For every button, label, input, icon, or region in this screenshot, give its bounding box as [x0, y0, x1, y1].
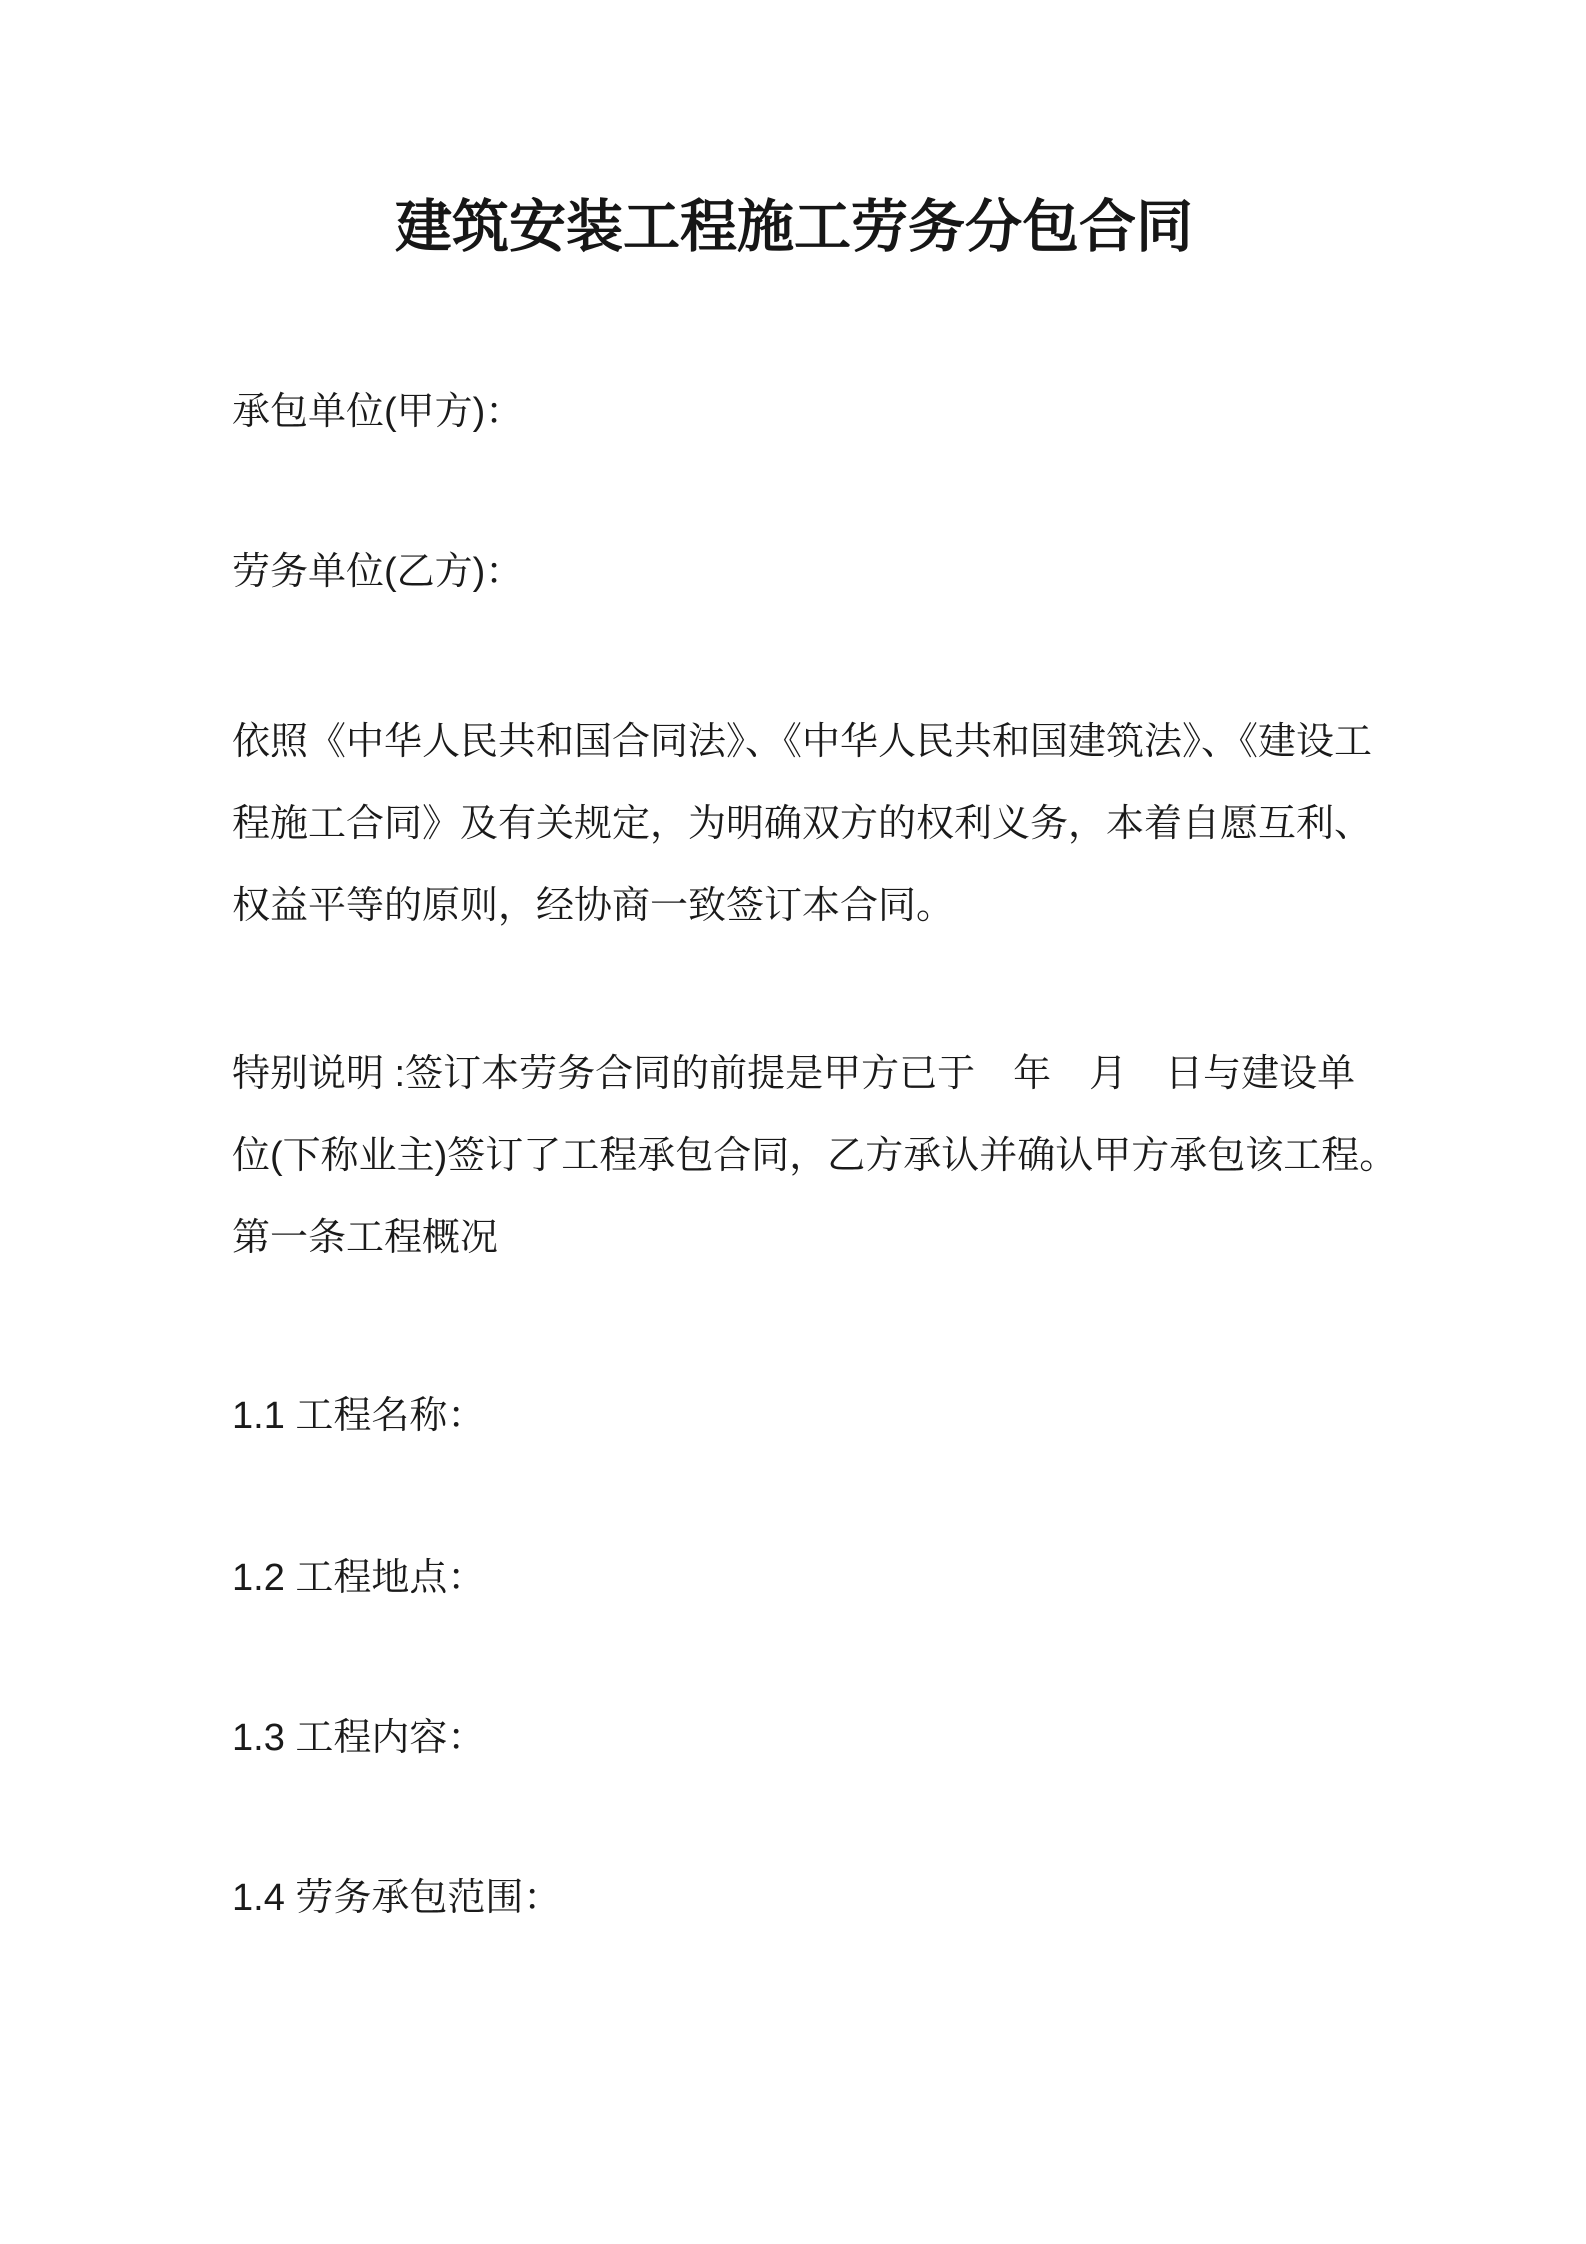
article-1-heading: 第一条工程概况 [232, 1197, 1356, 1279]
document-page: 建筑安装工程施工劳务分包合同 承包单位(甲方)： 劳务单位(乙方)： 依照《中华… [0, 0, 1586, 2244]
party-b-line: 劳务单位(乙方)： [232, 531, 1356, 613]
special-note-paragraph: 特别说明 :签订本劳务合同的前提是甲方已于 年 月 日与建设单 位(下称业主)签… [232, 1033, 1356, 1279]
party-a-line: 承包单位(甲方)： [232, 371, 1356, 453]
item-1-1-project-name: 1.1 工程名称： [232, 1375, 1356, 1457]
preamble-line-2: 程施工合同》及有关规定，为明确双方的权利义务，本着自愿互利、 [232, 783, 1356, 865]
document-content: 建筑安装工程施工劳务分包合同 承包单位(甲方)： 劳务单位(乙方)： 依照《中华… [0, 0, 1586, 1939]
preamble-line-3: 权益平等的原则，经协商一致签订本合同。 [232, 865, 1356, 947]
item-1-3-project-content: 1.3 工程内容： [232, 1697, 1356, 1779]
item-1-2-project-location: 1.2 工程地点： [232, 1537, 1356, 1619]
special-note-line-2: 位(下称业主)签订了工程承包合同，乙方承认并确认甲方承包该工程。 [232, 1115, 1356, 1197]
special-note-line-1: 特别说明 :签订本劳务合同的前提是甲方已于 年 月 日与建设单 [232, 1033, 1356, 1115]
preamble-line-1: 依照《中华人民共和国合同法》、《中华人民共和国建筑法》、《建设工 [232, 701, 1356, 783]
preamble-paragraph: 依照《中华人民共和国合同法》、《中华人民共和国建筑法》、《建设工 程施工合同》及… [232, 701, 1356, 947]
document-title: 建筑安装工程施工劳务分包合同 [232, 190, 1356, 264]
item-1-4-labor-scope: 1.4 劳务承包范围： [232, 1857, 1356, 1939]
